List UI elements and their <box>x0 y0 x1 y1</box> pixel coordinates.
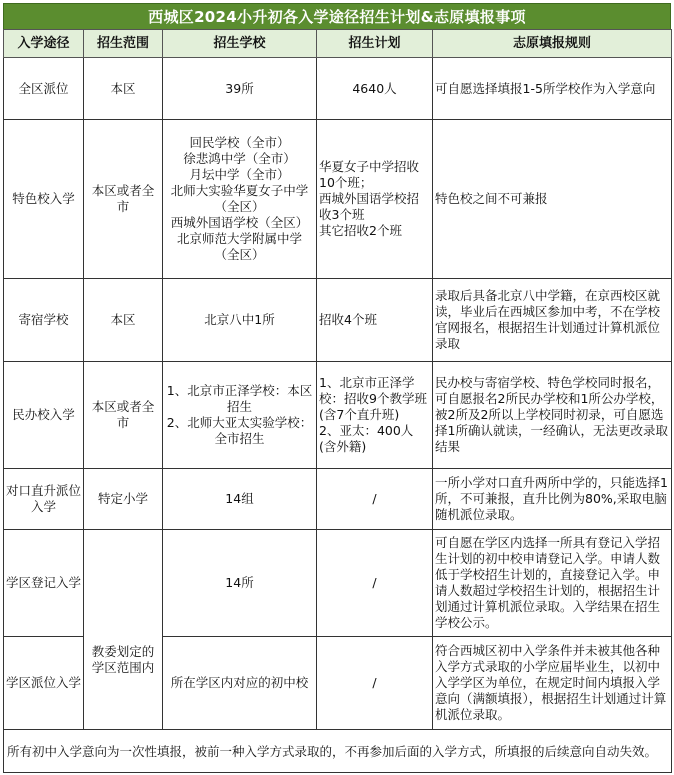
plan-cell: 华夏女子中学招收10个班； 西城外国语学校招收3个班 其它招收2个班 <box>317 120 433 279</box>
school-item: 北师大实验华夏女子中学（全区） <box>165 183 314 215</box>
scope-cell: 本区或者全市 <box>84 362 163 469</box>
sheet-title: 西城区2024小升初各入学途径招生计划&志原填报事项 <box>3 3 671 29</box>
enrollment-table: 入学途径 招生范围 招生学校 招生计划 志原填报规则 全区派位 本区 39所 4… <box>3 29 672 773</box>
plan-item: 西城外国语学校招收3个班 <box>319 191 430 223</box>
plan-item: 华夏女子中学招收10个班； <box>319 159 430 191</box>
table-row: 对口直升派位入学 特定小学 14组 / 一所小学对口直升两所中学的，只能选择1所… <box>4 469 672 530</box>
school-item: 月坛中学（全市） <box>165 167 314 183</box>
table-row: 民办校入学 本区或者全市 1、北京市正泽学校：本区招生 2、北师大亚太实验学校：… <box>4 362 672 469</box>
plan-cell: / <box>317 530 433 637</box>
scope-cell: 特定小学 <box>84 469 163 530</box>
enrollment-sheet: 西城区2024小升初各入学途径招生计划&志原填报事项 入学途径 招生范围 招生学… <box>3 3 671 773</box>
school-item: 回民学校（全市） <box>165 135 314 151</box>
rules-cell: 民办校与寄宿学校、特色学校同时报名，可自愿报名2所民办学校和1所公办学校，被2所… <box>433 362 672 469</box>
footer-note: 所有初中入学意向为一次性填报，被前一种入学方式录取的，不再参加后面的入学方式，所… <box>4 730 672 773</box>
schools-cell: 14所 <box>163 530 317 637</box>
route-cell: 民办校入学 <box>4 362 84 469</box>
school-item: 西城外国语学校（全区） <box>165 215 314 231</box>
school-item: 2、北师大亚太实验学校：全市招生 <box>165 415 314 447</box>
route-cell: 学区登记入学 <box>4 530 84 637</box>
schools-cell: 回民学校（全市） 徐悲鸿中学（全市） 月坛中学（全市） 北师大实验华夏女子中学（… <box>163 120 317 279</box>
scope-cell: 本区 <box>84 279 163 362</box>
schools-cell: 所在学区内对应的初中校 <box>163 637 317 730</box>
table-row: 特色校入学 本区或者全市 回民学校（全市） 徐悲鸿中学（全市） 月坛中学（全市）… <box>4 120 672 279</box>
scope-cell: 本区或者全市 <box>84 120 163 279</box>
table-row: 学区登记入学 教委划定的学区范围内 14所 / 可自愿在学区内选择一所具有登记入… <box>4 530 672 637</box>
school-item: 1、北京市正泽学校：本区招生 <box>165 383 314 415</box>
schools-cell: 北京八中1所 <box>163 279 317 362</box>
plan-cell: 1、北京市正泽学校：招收9个教学班(含7个直升班) 2、亚太：400人(含外籍) <box>317 362 433 469</box>
scope-cell: 本区 <box>84 58 163 120</box>
rules-cell: 符合西城区初中入学条件并未被其他各种入学方式录取的小学应届毕业生，以初中入学学区… <box>433 637 672 730</box>
rules-cell: 可自愿选择填报1-5所学校作为入学意向 <box>433 58 672 120</box>
footer-row: 所有初中入学意向为一次性填报，被前一种入学方式录取的，不再参加后面的入学方式，所… <box>4 730 672 773</box>
header-plan: 招生计划 <box>317 30 433 58</box>
plan-cell: / <box>317 469 433 530</box>
school-item: 北京师范大学附属中学（全区） <box>165 231 314 263</box>
rules-cell: 一所小学对口直升两所中学的，只能选择1所，不可兼报，直升比例为80%,采取电脑随… <box>433 469 672 530</box>
rules-cell: 可自愿在学区内选择一所具有登记入学招生计划的初中校申请登记入学。申请人数低于学校… <box>433 530 672 637</box>
header-route: 入学途径 <box>4 30 84 58</box>
route-cell: 寄宿学校 <box>4 279 84 362</box>
plan-item: 2、亚太：400人(含外籍) <box>319 423 430 455</box>
plan-cell: 4640人 <box>317 58 433 120</box>
schools-cell: 14组 <box>163 469 317 530</box>
header-scope: 招生范围 <box>84 30 163 58</box>
header-row: 入学途径 招生范围 招生学校 招生计划 志原填报规则 <box>4 30 672 58</box>
schools-cell: 39所 <box>163 58 317 120</box>
schools-cell: 1、北京市正泽学校：本区招生 2、北师大亚太实验学校：全市招生 <box>163 362 317 469</box>
plan-item: 1、北京市正泽学校：招收9个教学班(含7个直升班) <box>319 375 430 423</box>
route-cell: 特色校入学 <box>4 120 84 279</box>
school-item: 徐悲鸿中学（全市） <box>165 151 314 167</box>
plan-item: 其它招收2个班 <box>319 223 430 239</box>
plan-cell: / <box>317 637 433 730</box>
rules-cell: 录取后具备北京八中学籍，在京西校区就读，毕业后在西城区参加中考，不在学校官网报名… <box>433 279 672 362</box>
table-row: 全区派位 本区 39所 4640人 可自愿选择填报1-5所学校作为入学意向 <box>4 58 672 120</box>
route-cell: 对口直升派位入学 <box>4 469 84 530</box>
rules-cell: 特色校之间不可兼报 <box>433 120 672 279</box>
header-rules: 志原填报规则 <box>433 30 672 58</box>
scope-cell: 教委划定的学区范围内 <box>84 530 163 730</box>
header-schools: 招生学校 <box>163 30 317 58</box>
route-cell: 全区派位 <box>4 58 84 120</box>
plan-cell: 招收4个班 <box>317 279 433 362</box>
table-row: 寄宿学校 本区 北京八中1所 招收4个班 录取后具备北京八中学籍，在京西校区就读… <box>4 279 672 362</box>
route-cell: 学区派位入学 <box>4 637 84 730</box>
